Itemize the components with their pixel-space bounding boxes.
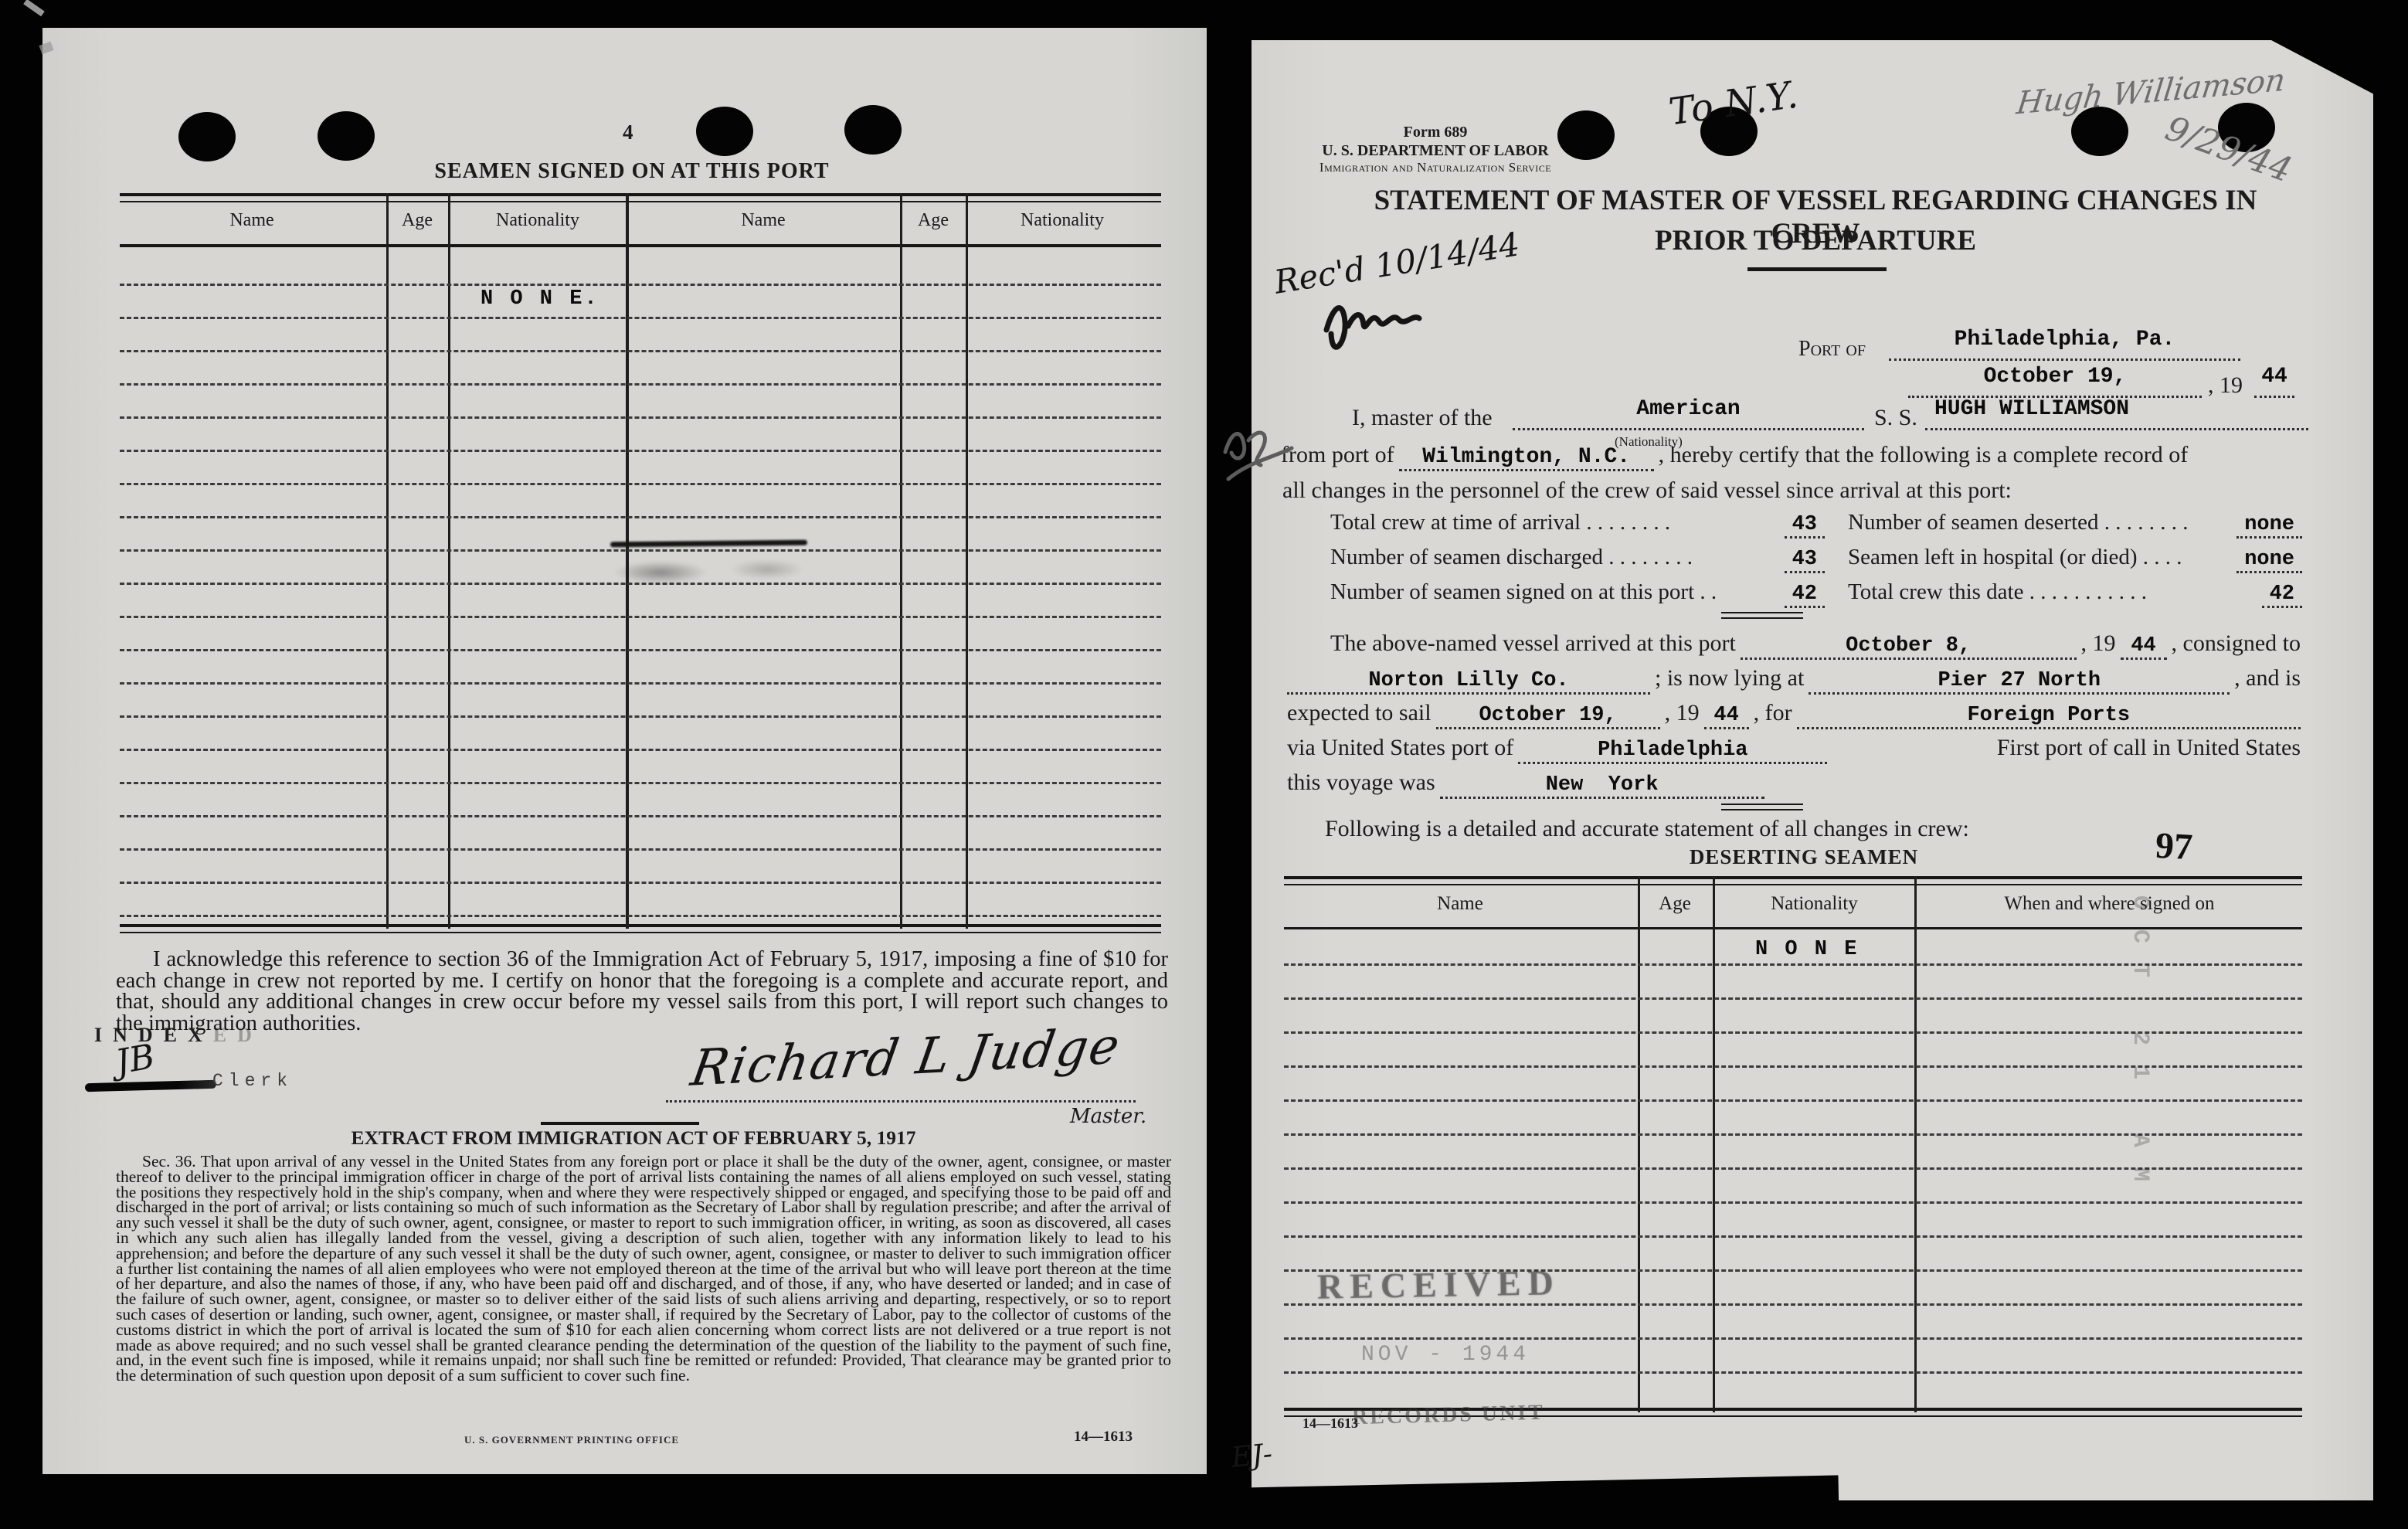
stats-row: Number of seamen signed on at this port … <box>1330 579 2302 608</box>
arrival-typed: Pier 27 North <box>1938 669 2101 692</box>
arrival-typed: 44 <box>2131 634 2155 657</box>
none-entry: N O N E <box>1755 938 1859 961</box>
deserting-seamen-title: DESERTING SEAMEN <box>1642 845 1966 869</box>
column-header-age: Age <box>1644 893 1706 915</box>
arrival-printed: , for <box>1754 700 1792 726</box>
continuation-line: all changes in the personnel of the crew… <box>1282 477 2012 504</box>
stat-value: none <box>2236 513 2302 539</box>
table-column-line <box>448 193 450 929</box>
table-column-line <box>386 193 389 929</box>
received-date-stamp: NOV - 1944 <box>1361 1343 1530 1367</box>
port-of-fill: Philadelphia, Pa. <box>1889 328 2240 361</box>
vertical-datestamp: OCT 21 AM <box>2127 886 2153 1211</box>
extract-title: EXTRACT FROM IMMIGRATION ACT OF FEBRUARY… <box>232 1126 1035 1150</box>
port-of-value: Philadelphia, Pa. <box>1955 328 2175 352</box>
arrival-line-3: expected to sail October 19, , 19 44 , f… <box>1287 700 2301 729</box>
table-row <box>120 715 1161 718</box>
table-row <box>120 782 1161 784</box>
signature-line <box>666 1100 1136 1103</box>
arrival-typed: 44 <box>1713 704 1738 727</box>
table-row <box>120 383 1161 386</box>
stats-row: Total crew at time of arrival . . . . . … <box>1330 510 2302 539</box>
indexed-stamp-faded: ED <box>213 1024 263 1046</box>
stat-value: 43 <box>1785 548 1825 573</box>
arrival-line-5: this voyage was New York <box>1287 770 2301 799</box>
stats-row: Number of seamen discharged . . . . . . … <box>1330 545 2302 573</box>
column-header-nationality: Nationality <box>1743 893 1886 915</box>
date-fill: October 19, <box>1908 365 2202 398</box>
department-name: U. S. DEPARTMENT OF LABOR <box>1289 142 1582 161</box>
table-row <box>120 284 1161 286</box>
table-row <box>120 616 1161 618</box>
indexed-stamp-strong: INDEX <box>94 1024 213 1046</box>
arrival-line-1: The above-named vessel arrived at this p… <box>1287 630 2301 660</box>
printing-office-note: U. S. GOVERNMENT PRINTING OFFICE <box>433 1434 711 1446</box>
section-divider <box>1721 804 1803 810</box>
table-column-line <box>900 193 902 929</box>
stat-value: 42 <box>2262 583 2302 608</box>
handwritten-clerk-mark: EJ- <box>1230 1438 1274 1473</box>
index-line <box>541 1122 699 1125</box>
arrival-typed: October 8, <box>1846 634 1971 657</box>
date-year-fill: 44 <box>2254 365 2294 398</box>
punch-hole <box>844 105 902 155</box>
nationality-fill: American <box>1513 397 1864 430</box>
arrival-printed: via United States port of <box>1287 735 1513 761</box>
ink-smudge <box>730 559 803 579</box>
service-name: Immigration and Naturalization Service <box>1289 160 1582 175</box>
arrival-printed: First port of call in United States <box>1997 735 2301 761</box>
stat-label: Number of seamen signed on at this port … <box>1330 579 1717 605</box>
arrival-fill: October 19, <box>1436 700 1660 729</box>
table-column-line <box>966 193 968 929</box>
margin-scribble <box>1218 417 1310 506</box>
arrival-typed: Norton Lilly Co. <box>1368 669 1568 692</box>
table-row <box>120 682 1161 685</box>
arrival-printed: , consigned to <box>2172 630 2301 657</box>
form-label: Form 689 <box>1289 124 1582 142</box>
ink-smudge <box>614 561 707 584</box>
title-underline <box>1747 267 1887 271</box>
table-header-rule <box>120 244 1161 247</box>
table-row <box>120 317 1161 319</box>
scan-artifact <box>23 0 45 16</box>
ss-label: S. S. <box>1874 405 1917 431</box>
arrival-fill: New York <box>1440 770 1764 799</box>
table-row <box>120 815 1161 817</box>
port-of-label: Port of <box>1798 337 1866 362</box>
received-stamp: RECEIVED <box>1317 1262 1561 1306</box>
arrival-fill: 44 <box>2121 630 2167 660</box>
scanned-document: 4 SEAMEN SIGNED ON AT THIS PORT Name Age… <box>0 0 2408 1529</box>
column-header-age: Age <box>902 210 964 231</box>
table-row <box>120 915 1161 917</box>
left-page-title: SEAMEN SIGNED ON AT THIS PORT <box>323 159 941 184</box>
stamp-number: 97 <box>2155 824 2194 868</box>
table-row <box>120 649 1161 651</box>
records-unit-stamp: RECORDS UNIT <box>1352 1401 1546 1431</box>
form-header: Form 689 U. S. DEPARTMENT OF LABOR Immig… <box>1289 124 1582 175</box>
column-header-nationality: Nationality <box>460 210 615 231</box>
arrival-printed: , and is <box>2234 665 2301 691</box>
acknowledgment-paragraph: I acknowledge this reference to section … <box>116 949 1168 1034</box>
punch-hole <box>178 112 236 161</box>
arrival-printed: , 19 <box>2081 630 2116 657</box>
arrival-typed: New York <box>1546 773 1659 797</box>
table-row <box>120 549 1161 552</box>
column-header-name: Name <box>1367 893 1553 915</box>
arrival-fill: Pier 27 North <box>1809 665 2230 695</box>
table-row <box>120 749 1161 751</box>
stat-label: Seamen left in hospital (or died) . . . … <box>1848 545 2182 570</box>
column-header-name: Name <box>686 210 841 231</box>
from-port-fill: Wilmington, N.C. <box>1399 442 1654 471</box>
table-top-rule <box>120 193 1161 202</box>
date-year-typed: 44 <box>2261 365 2287 389</box>
page-number: 4 <box>623 121 633 144</box>
column-header-age: Age <box>386 210 448 231</box>
table-row <box>120 416 1161 419</box>
table-row <box>1284 1337 2302 1340</box>
column-header-when-where: When and where signed on <box>1984 893 2235 915</box>
table-row <box>1284 1235 2302 1238</box>
stat-label: Number of seamen deserted . . . . . . . … <box>1848 510 2189 535</box>
arrival-line-4: via United States port of Philadelphia F… <box>1287 735 2301 764</box>
clerk-initials: JB <box>113 1037 158 1082</box>
arrival-line-2: Norton Lilly Co. ; is now lying at Pier … <box>1287 665 2301 695</box>
form-number: 14—1613 <box>1302 1415 1358 1432</box>
table-column-line <box>1638 876 1640 1412</box>
stat-value: 43 <box>1785 513 1825 539</box>
from-port-printed-cont: , hereby certify that the following is a… <box>1659 442 2189 468</box>
arrival-printed: ; is now lying at <box>1655 665 1804 691</box>
arrival-typed: October 19, <box>1479 704 1616 727</box>
punch-hole <box>318 111 375 161</box>
form-number: 14—1613 <box>1074 1429 1133 1446</box>
column-header-nationality: Nationality <box>985 210 1139 231</box>
vessel-name-value: HUGH WILLIAMSON <box>1925 397 2129 421</box>
column-header-name: Name <box>175 210 329 231</box>
stat-value: none <box>2236 548 2302 573</box>
stat-value: 42 <box>1785 583 1825 608</box>
table-row <box>120 882 1161 884</box>
arrival-typed: Foreign Ports <box>1967 704 2130 727</box>
following-statement: Following is a detailed and accurate sta… <box>1325 816 1969 842</box>
punch-hole <box>696 107 753 156</box>
handwritten-initials-squiggle <box>1317 287 1449 353</box>
stat-label: Total crew this date . . . . . . . . . .… <box>1848 579 2147 605</box>
nationality-value: American <box>1636 397 1740 421</box>
table-column-line <box>1914 876 1917 1412</box>
table-row <box>120 848 1161 851</box>
arrival-printed: expected to sail <box>1287 700 1432 726</box>
arrival-typed: Philadelphia <box>1598 739 1747 762</box>
table-row <box>120 450 1161 452</box>
master-line-printed: I, master of the <box>1352 405 1493 431</box>
arrival-fill: October 8, <box>1741 630 2077 660</box>
date-year-printed: , 19 <box>2208 372 2243 399</box>
arrival-fill: Foreign Ports <box>1797 700 2301 729</box>
clerk-label: Clerk <box>212 1071 293 1091</box>
section-divider <box>1721 612 1803 619</box>
table-row <box>120 350 1161 352</box>
arrival-printed: this voyage was <box>1287 770 1435 796</box>
arrival-fill: Norton Lilly Co. <box>1287 665 1650 695</box>
arrival-printed: The above-named vessel arrived at this p… <box>1287 630 1736 657</box>
vessel-name-fill: HUGH WILLIAMSON <box>1925 397 2308 430</box>
table-top-rule <box>1284 876 2302 885</box>
table-column-line <box>1713 876 1715 1412</box>
table-bottom-rule <box>120 924 1161 933</box>
arrival-fill: 44 <box>1704 700 1749 729</box>
table-row <box>1284 1371 2302 1374</box>
table-row <box>120 483 1161 485</box>
master-label: Master. <box>1070 1105 1146 1128</box>
stat-label: Number of seamen discharged . . . . . . … <box>1330 545 1693 570</box>
table-row <box>120 516 1161 518</box>
section-36-paragraph: Sec. 36. That upon arrival of any vessel… <box>116 1154 1171 1384</box>
arrival-printed: , 19 <box>1665 700 1700 726</box>
none-entry: N O N E. <box>481 287 599 311</box>
arrival-fill: Philadelphia <box>1518 735 1827 764</box>
date-value: October 19, <box>1984 365 2127 389</box>
from-port-line: from port of Wilmington, N.C. , hereby c… <box>1281 442 2359 471</box>
from-port-value: Wilmington, N.C. <box>1422 445 1630 469</box>
stat-label: Total crew at time of arrival . . . . . … <box>1330 510 1670 535</box>
